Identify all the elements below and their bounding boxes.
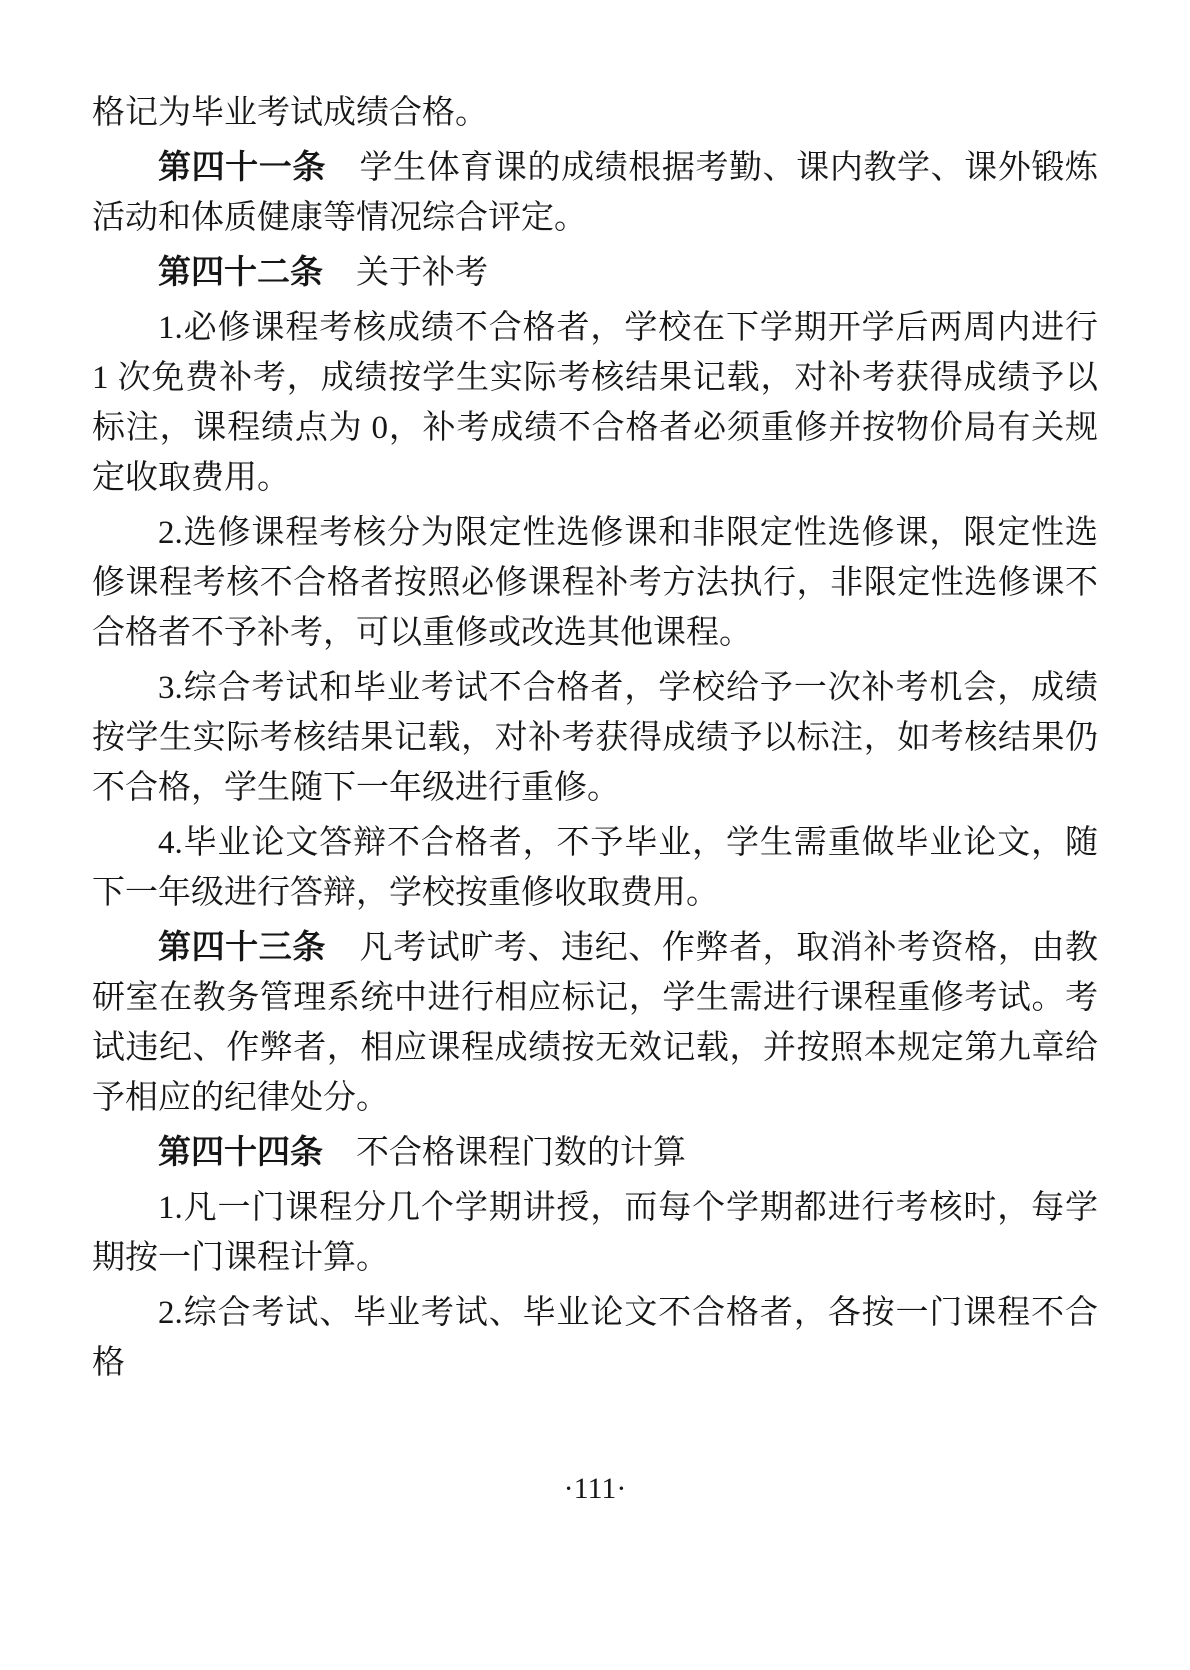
paragraph: 第四十二条 关于补考 <box>92 248 1098 298</box>
article-number: 第四十二条 <box>158 255 323 291</box>
paragraph-text: 关于补考 <box>323 255 488 291</box>
paragraph: 2.综合考试、毕业考试、毕业论文不合格者，各按一门课程不合格 <box>92 1288 1098 1388</box>
paragraph: 格记为毕业考试成绩合格。 <box>92 88 1098 138</box>
paragraph: 第四十三条 凡考试旷考、违纪、作弊者，取消补考资格，由教研室在教务管理系统中进行… <box>92 923 1098 1123</box>
paragraph-text: 2.综合考试、毕业考试、毕业论文不合格者，各按一门课程不合格 <box>92 1295 1098 1381</box>
paragraph: 1.凡一门课程分几个学期讲授，而每个学期都进行考核时，每学期按一门课程计算。 <box>92 1183 1098 1283</box>
paragraph-text: 不合格课程门数的计算 <box>323 1135 686 1171</box>
article-number: 第四十一条 <box>158 150 326 186</box>
paragraph-text: 2.选修课程考核分为限定性选修课和非限定性选修课，限定性选修课程考核不合格者按照… <box>92 515 1098 651</box>
paragraph-text: 4.毕业论文答辩不合格者，不予毕业，学生需重做毕业论文，随下一年级进行答辩，学校… <box>92 825 1098 911</box>
paragraph: 4.毕业论文答辩不合格者，不予毕业，学生需重做毕业论文，随下一年级进行答辩，学校… <box>92 818 1098 918</box>
paragraph: 第四十四条 不合格课程门数的计算 <box>92 1128 1098 1178</box>
paragraph: 3.综合考试和毕业考试不合格者，学校给予一次补考机会，成绩按学生实际考核结果记载… <box>92 663 1098 813</box>
paragraph-text: 1.凡一门课程分几个学期讲授，而每个学期都进行考核时，每学期按一门课程计算。 <box>92 1190 1098 1276</box>
paragraph-text: 格记为毕业考试成绩合格。 <box>92 95 488 131</box>
paragraph: 第四十一条 学生体育课的成绩根据考勤、课内教学、课外锻炼活动和体质健康等情况综合… <box>92 143 1098 243</box>
article-number: 第四十四条 <box>158 1135 323 1171</box>
document-body: 格记为毕业考试成绩合格。 第四十一条 学生体育课的成绩根据考勤、课内教学、课外锻… <box>92 88 1098 1393</box>
document-page: 格记为毕业考试成绩合格。 第四十一条 学生体育课的成绩根据考勤、课内教学、课外锻… <box>0 0 1190 1670</box>
paragraph-text: 1.必修课程考核成绩不合格者，学校在下学期开学后两周内进行 1 次免费补考，成绩… <box>92 310 1098 496</box>
paragraph: 2.选修课程考核分为限定性选修课和非限定性选修课，限定性选修课程考核不合格者按照… <box>92 508 1098 658</box>
paragraph-text: 3.综合考试和毕业考试不合格者，学校给予一次补考机会，成绩按学生实际考核结果记载… <box>92 670 1098 806</box>
paragraph: 1.必修课程考核成绩不合格者，学校在下学期开学后两周内进行 1 次免费补考，成绩… <box>92 303 1098 503</box>
page-number: ·111· <box>0 1472 1190 1506</box>
article-number: 第四十三条 <box>158 930 326 966</box>
